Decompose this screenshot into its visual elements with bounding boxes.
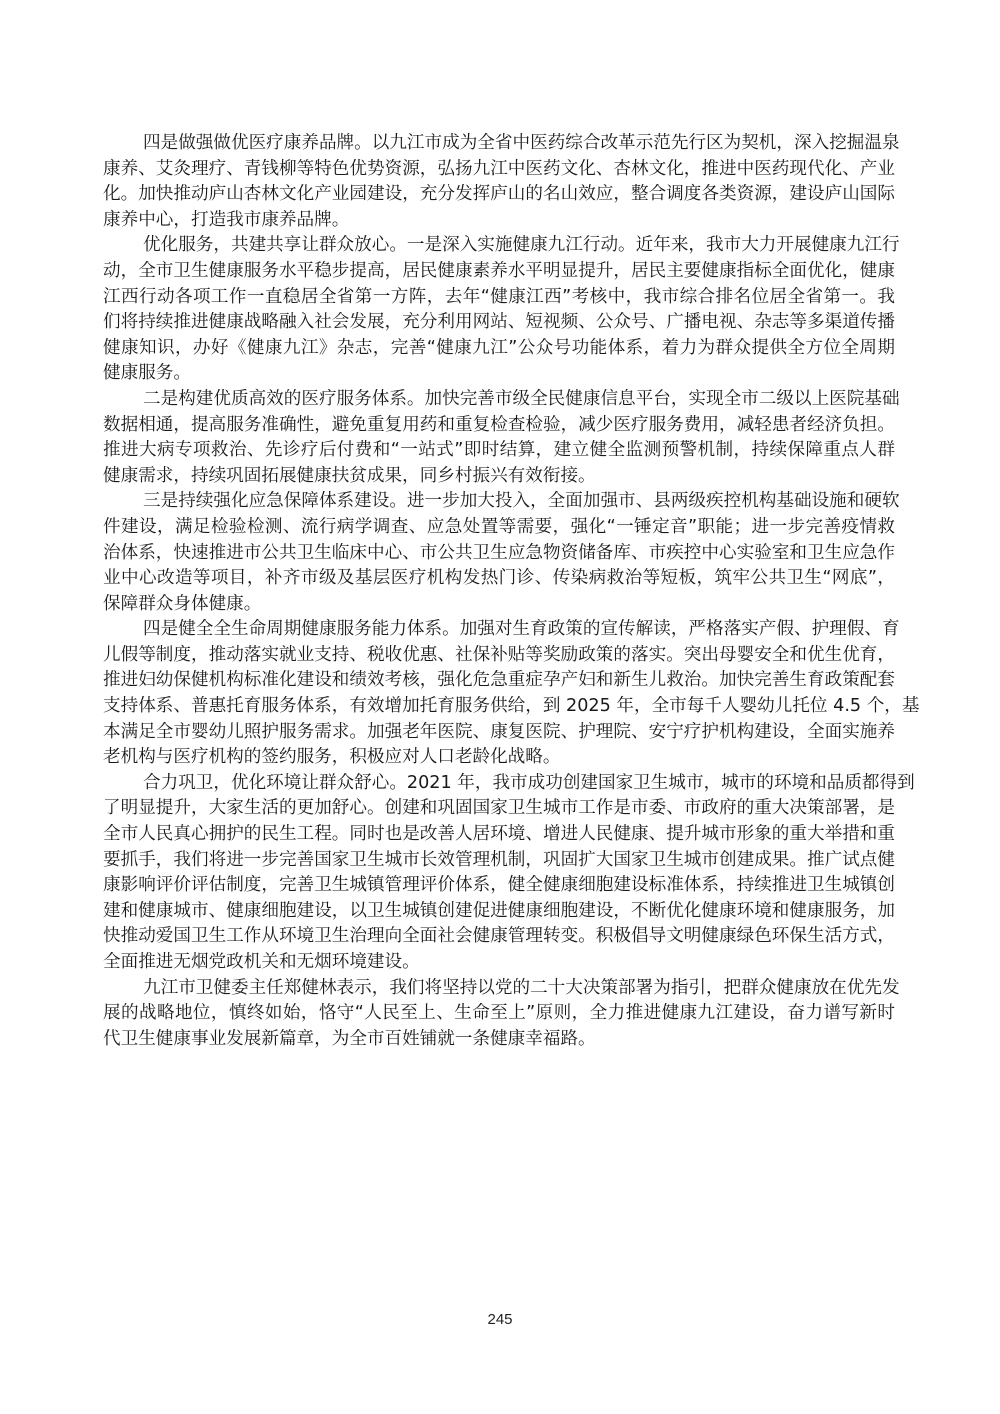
text-line: 动，全市卫生健康服务水平稳步提高，居民健康素养水平明显提升，居民主要健康指标全面… <box>103 259 895 285</box>
text-line: 数据相通，提高服务准确性，避免重复用药和重复检查检验，减少医疗服务费用，减轻患者… <box>103 413 895 439</box>
text-line: 二是构建优质高效的医疗服务体系。加快完善市级全民健康信息平台，实现全市二级以上医… <box>103 387 895 413</box>
text-line: 推进大病专项救治、先诊疗后付费和“一站式”即时结算，建立健全监测预警机制，持续保… <box>103 438 895 464</box>
text-line: 件建设，满足检验检测、流行病学调查、应急处置等需要，强化“一锤定音”职能；进一步… <box>103 515 895 541</box>
document-page: 四是做强做优医疗康养品牌。以九江市成为全省中医药综合改革示范先行区为契机，深入挖… <box>0 0 1000 1414</box>
text-line: 健康需求，持续巩固拓展健康扶贫成果，同乡村振兴有效衔接。 <box>103 464 895 490</box>
text-line: 九江市卫健委主任郑健林表示，我们将坚持以党的二十大决策部署为指引，把群众健康放在… <box>103 976 895 1002</box>
text-line: 要抓手，我们将进一步完善国家卫生城市长效管理机制，巩固扩大国家卫生城市创建成果。… <box>103 848 895 874</box>
text-line: 康养、艾灸理疗、青钱柳等特色优势资源，弘扬九江中医药文化、杏林文化，推进中医药现… <box>103 157 895 183</box>
text-line: 快推动爱国卫生工作从环境卫生治理向全面社会健康管理转变。积极倡导文明健康绿色环保… <box>103 924 895 950</box>
text-line: 三是持续强化应急保障体系建设。进一步加大投入，全面加强市、县两级疾控机构基础设施… <box>103 489 895 515</box>
text-line: 展的战略地位，慎终如始，恪守“人民至上、生命至上”原则，全力推进健康九江建设，奋… <box>103 1001 895 1027</box>
text-line: 业中心改造等项目，补齐市级及基层医疗机构发热门诊、传染病救治等短板，筑牢公共卫生… <box>103 566 895 592</box>
text-line: 们将持续推进健康战略融入社会发展，充分利用网站、短视频、公众号、广播电视、杂志等… <box>103 310 895 336</box>
paragraph-director-statement: 九江市卫健委主任郑健林表示，我们将坚持以党的二十大决策部署为指引，把群众健康放在… <box>103 976 895 1053</box>
text-line: 代卫生健康事业发展新篇章，为全市百姓铺就一条健康幸福路。 <box>103 1027 895 1053</box>
text-line: 本满足全市婴幼儿照护服务需求。加强老年医院、康复医院、护理院、安宁疗护机构建设，… <box>103 720 895 746</box>
text-line: 儿假等制度，推动落实就业支持、税收优惠、社保补贴等奖励政策的落实。突出母婴安全和… <box>103 643 895 669</box>
text-line: 康养中心，打造我市康养品牌。 <box>103 208 895 234</box>
text-line: 健康服务。 <box>103 361 895 387</box>
text-line: 康影响评价评估制度，完善卫生城镇管理评价体系，健全健康细胞建设标准体系，持续推进… <box>103 873 895 899</box>
text-line: 了明显提升，大家生活的更加舒心。创建和巩固国家卫生城市工作是市委、市政府的重大决… <box>103 796 895 822</box>
text-line: 化。加快推动庐山杏林文化产业园建设，充分发挥庐山的名山效应，整合调度各类资源，建… <box>103 182 895 208</box>
text-line: 治体系，快速推进市公共卫生临床中心、市公共卫生应急物资储备库、市疾控中心实验室和… <box>103 541 895 567</box>
text-line: 建和健康城市、健康细胞建设，以卫生城镇创建促进健康细胞建设，不断优化健康环境和健… <box>103 899 895 925</box>
paragraph-optimize-services: 优化服务，共建共享让群众放心。一是深入实施健康九江行动。近年来，我市大力开展健康… <box>103 233 895 387</box>
paragraph-medical-service-system: 二是构建优质高效的医疗服务体系。加快完善市级全民健康信息平台，实现全市二级以上医… <box>103 387 895 489</box>
text-line: 支持体系、普惠托育服务体系，有效增加托育服务供给，到 2025 年，全市每千人婴… <box>103 694 895 720</box>
page-number: 245 <box>450 1311 550 1328</box>
text-line: 全市人民真心拥护的民生工程。同时也是改善人居环境、增进人民健康、提升城市形象的重… <box>103 822 895 848</box>
paragraph-emergency-system: 三是持续强化应急保障体系建设。进一步加大投入，全面加强市、县两级疾控机构基础设施… <box>103 489 895 617</box>
text-line: 全面推进无烟党政机关和无烟环境建设。 <box>103 950 895 976</box>
paragraph-medical-wellness-brand: 四是做强做优医疗康养品牌。以九江市成为全省中医药综合改革示范先行区为契机，深入挖… <box>103 131 895 233</box>
text-line: 江西行动各项工作一直稳居全省第一方阵，去年“健康江西”考核中，我市综合排名位居全… <box>103 285 895 311</box>
text-line: 优化服务，共建共享让群众放心。一是深入实施健康九江行动。近年来，我市大力开展健康… <box>103 233 895 259</box>
paragraph-life-cycle-health: 四是健全全生命周期健康服务能力体系。加强对生育政策的宣传解读，严格落实产假、护理… <box>103 617 895 771</box>
document-body: 四是做强做优医疗康养品牌。以九江市成为全省中医药综合改革示范先行区为契机，深入挖… <box>103 131 895 1052</box>
text-line: 合力巩卫，优化环境让群众舒心。2021 年，我市成功创建国家卫生城市，城市的环境… <box>103 771 895 797</box>
text-line: 四是健全全生命周期健康服务能力体系。加强对生育政策的宣传解读，严格落实产假、护理… <box>103 617 895 643</box>
paragraph-sanitary-city: 合力巩卫，优化环境让群众舒心。2021 年，我市成功创建国家卫生城市，城市的环境… <box>103 771 895 976</box>
text-line: 健康知识，办好《健康九江》杂志，完善“健康九江”公众号功能体系，着力为群众提供全… <box>103 336 895 362</box>
text-line: 保障群众身体健康。 <box>103 592 895 618</box>
text-line: 老机构与医疗机构的签约服务，积极应对人口老龄化战略。 <box>103 745 895 771</box>
text-line: 四是做强做优医疗康养品牌。以九江市成为全省中医药综合改革示范先行区为契机，深入挖… <box>103 131 895 157</box>
text-line: 推进妇幼保健机构标准化建设和绩效考核，强化危急重症孕产妇和新生儿救治。加快完善生… <box>103 668 895 694</box>
